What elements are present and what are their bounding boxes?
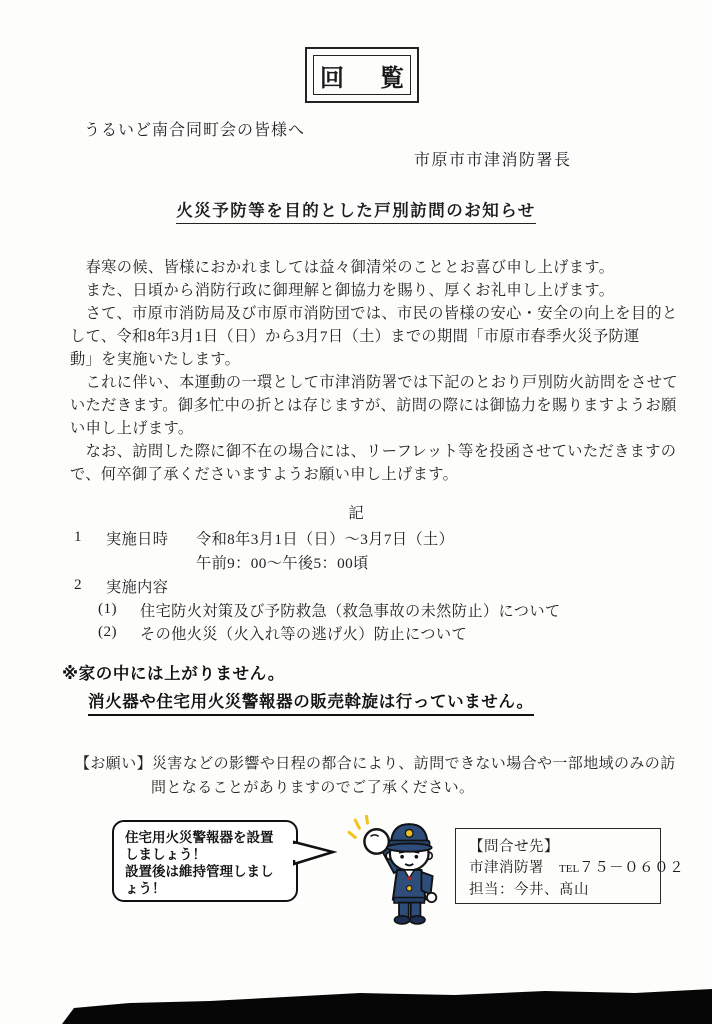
body-line: さて、市原市消防局及び市原市消防団では、市民の皆様の安心・安全の向上を目的と [70, 302, 678, 323]
contact-staff: 担当：今井、髙山 [469, 880, 660, 901]
request-line-2: 問となることがありますのでご了承ください。 [151, 776, 474, 797]
subitem1-number: (1) [98, 600, 117, 618]
speech-bubble-line: しましょう！ [125, 846, 296, 863]
speech-bubble-tail [293, 839, 337, 867]
kairan-stamp-box: 回 覧 [305, 47, 419, 103]
kairan-stamp-inner-box: 回 覧 [313, 55, 411, 95]
item2-number: 2 [74, 576, 82, 594]
contact-tel-label: TEL [559, 863, 579, 875]
item1-number: 1 [74, 528, 82, 546]
firefighter-mascot [346, 815, 448, 927]
subitem1-text: 住宅防火対策及び予防救急（救急事故の未然防止）について [140, 600, 561, 621]
sender-line: 市原市市津消防署長 [414, 147, 572, 170]
speech-bubble-line: ょう！ [125, 880, 296, 897]
body-line: して、令和8年3月1日（日）から3月7日（土）までの期間「市原市春季火災予防運 [70, 325, 640, 346]
speech-bubble: 住宅用火災警報器を設置 しましょう！ 設置後は維持管理しまし ょう！ [112, 820, 298, 902]
subitem2-text: その他火災（火入れ等の逃げ火）防止について [140, 623, 467, 644]
sparkle-icon [349, 816, 367, 837]
item2-label: 実施内容 [106, 576, 168, 597]
contact-office-line: 市津消防署 TEL７５－０６０２ [469, 858, 660, 880]
body-line: 春寒の候、皆様におかれましては益々御清栄のこととお喜び申し上げます。 [70, 256, 614, 277]
warning-no-sales: 消火器や住宅用火災警報器の販売斡旋は行っていません。 [88, 688, 534, 716]
warning-no-entry: ※家の中には上がりません。 [62, 660, 285, 684]
scanned-notice-page: 回 覧 うるいど南合同町会の皆様へ 市原市市津消防署長 火災予防等を目的とした戸… [0, 0, 712, 1024]
contact-tel-number: ７５－０６０２ [579, 860, 684, 876]
recipient-line: うるいど南合同町会の皆様へ [84, 117, 305, 140]
body-line: これに伴い、本運動の一環として市津消防署では下記のとおり戸別防火訪問をさせて [70, 371, 678, 392]
request-line-1: 【お願い】災害などの影響や日程の都合により、訪問できない場合や一部地域のみの訪 [75, 752, 676, 773]
body-line: いただきます。御多忙中の折とは存じますが、訪問の際には御協力を賜りますようお願 [70, 394, 677, 415]
contact-office: 市津消防署 [469, 860, 559, 876]
item1-date: 令和8年3月1日（日）～3月7日（土） [196, 528, 454, 549]
body-line: なお、訪問した際に御不在の場合には、リーフレット等を投函させていただきますの [70, 440, 676, 461]
record-heading: 記 [0, 501, 712, 523]
item1-time: 午前9：00～午後5：00頃 [196, 552, 369, 573]
speech-bubble-line: 設置後は維持管理しまし [125, 863, 296, 880]
subitem2-number: (2) [98, 623, 117, 641]
speech-bubble-line: 住宅用火災警報器を設置 [125, 829, 296, 846]
body-line: で、何卒御了承くださいますようお願い申し上げます。 [70, 463, 458, 484]
item1-label: 実施日時 [106, 528, 168, 549]
body-line: また、日頃から消防行政に御理解と御協力を賜り、厚くお礼申し上げます。 [70, 279, 614, 300]
document-title: 火災予防等を目的とした戸別訪問のお知らせ [0, 197, 712, 221]
document-title-text: 火災予防等を目的とした戸別訪問のお知らせ [176, 201, 536, 224]
body-line: い申し上げます。 [70, 417, 193, 438]
scan-artifact-bar [0, 984, 712, 1024]
contact-box: 【問合せ先】 市津消防署 TEL７５－０６０２ 担当：今井、髙山 [455, 828, 661, 904]
body-line: 動」を実施いたします。 [70, 348, 240, 369]
contact-heading: 【問合せ先】 [469, 837, 660, 858]
kairan-stamp-label: 回 覧 [314, 58, 410, 93]
